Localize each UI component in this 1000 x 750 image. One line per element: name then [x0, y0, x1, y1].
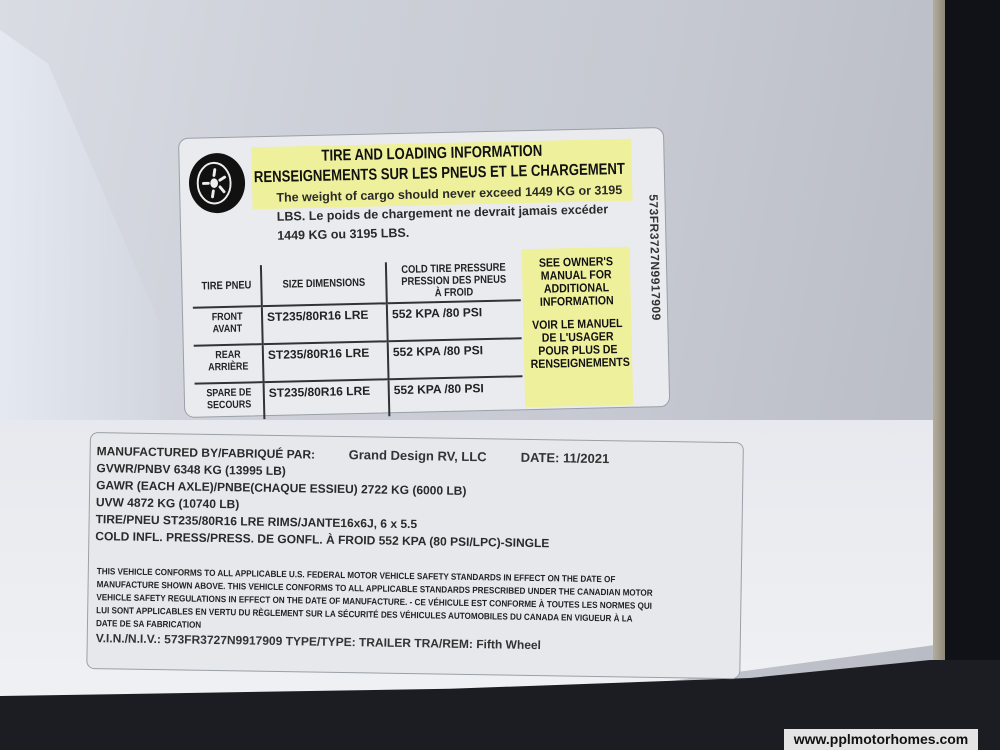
tire-position: FRONT AVANT [198, 306, 257, 345]
cargo-notice: The weight of cargo should never exceed … [276, 181, 637, 246]
tire-pressure: 552 KPA /80 PSI [388, 338, 523, 379]
tire-size: ST235/80R16 LRE [264, 379, 390, 419]
photo-scene: TIRE AND LOADING INFORMATION RENSEIGNEME… [0, 0, 1000, 750]
owner-manual-note: SEE OWNER'S MANUAL FOR ADDITIONAL INFORM… [522, 247, 634, 407]
tire-pressure: 552 KPA /80 PSI [389, 376, 524, 416]
manufacturer-name: Grand Design RV, LLC [349, 447, 487, 464]
owner-note-en: SEE OWNER'S MANUAL FOR ADDITIONAL INFORM… [528, 255, 624, 309]
tire-pressure-table: TIRE PNEU SIZE DIMENSIONS COLD TIRE PRES… [192, 259, 523, 420]
col-size: SIZE DIMENSIONS [270, 263, 377, 306]
tire-position: SPARE DE SECOURS [200, 382, 259, 420]
tire-size: ST235/80R16 LRE [262, 303, 388, 344]
tire-position: REAR ARRIÈRE [199, 344, 258, 383]
tire-icon [187, 151, 246, 214]
tire-size: ST235/80R16 LRE [263, 341, 389, 382]
table-row: SPARE DE SECOURS ST235/80R16 LRE 552 KPA… [195, 376, 524, 420]
owner-note-fr: VOIR LE MANUEL DE L'USAGER POUR PLUS DE … [530, 317, 626, 371]
col-pressure: COLD TIRE PRESSURE PRESSION DES PNEUS À … [396, 260, 511, 304]
tire-pressure: 552 KPA /80 PSI [387, 300, 522, 341]
certification-label: MANUFACTURED BY/FABRIQUÉ PAR: GVWR/PNBV … [86, 432, 744, 679]
door-trim [933, 0, 945, 750]
watermark: www.pplmotorhomes.com [784, 729, 978, 750]
vin-vertical: 573FR3727N9917909 [646, 194, 663, 321]
manufacture-date: DATE: 11/2021 [521, 450, 610, 466]
tire-loading-label: TIRE AND LOADING INFORMATION RENSEIGNEME… [178, 127, 670, 418]
background-surface [0, 30, 160, 450]
dark-edge [945, 0, 1000, 750]
compliance-statement: THIS VEHICLE CONFORMS TO ALL APPLICABLE … [96, 565, 655, 639]
col-tire: TIRE PNEU [197, 265, 257, 307]
